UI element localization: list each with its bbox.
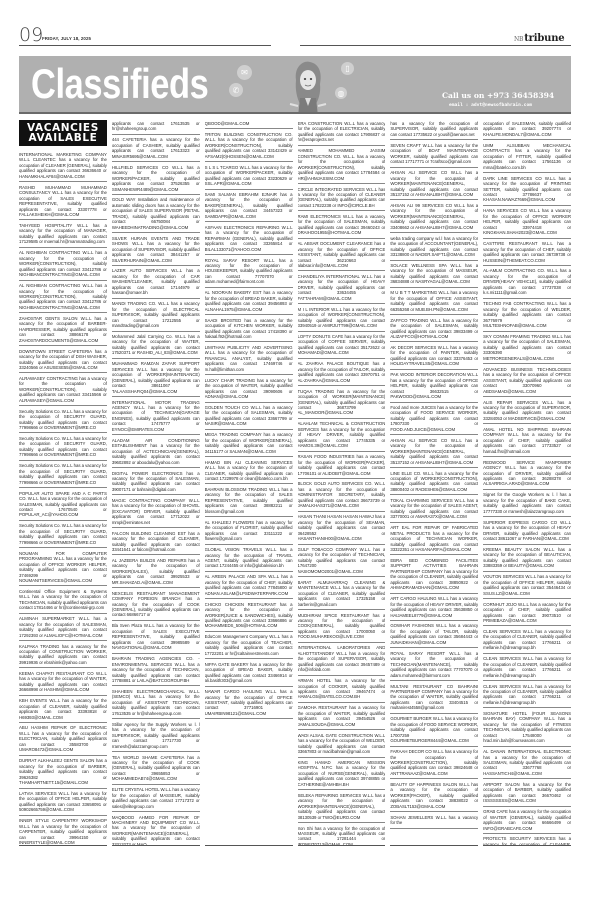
classified-ad: LATVIA SERVICES W.L.L has a vacancy for … — [19, 790, 107, 816]
ad-list: QBOOD@GMAIL.COMTRITON BUILDING CONSTRUCT… — [205, 120, 293, 719]
classified-ad: MEGA TRADING COMPANY has a vacancy for t… — [205, 431, 293, 457]
classified-ad: REDWOOD SERVICE MANPOWER AGENCY W.L.L ha… — [483, 459, 571, 490]
classified-ad: LAZER AUTO SERVICES W.L.L has a vacancy … — [112, 267, 200, 298]
classified-ad: 444 CAFETERIA has a vacancy for the occu… — [112, 136, 200, 162]
classified-ad: CIRCLE INTEGRATED SERVICES W.L.L has a v… — [298, 186, 386, 212]
classified-ad: SAADI BROSTED has a vacancy for the occu… — [205, 317, 293, 343]
classified-ad: CHICKO CHICKEN RESTAURANT has a vacancy … — [205, 601, 293, 632]
classified-ad: GOWHAR FASHIONS W.L.L has a vacancy for … — [390, 622, 478, 648]
logo-text: tribune — [524, 33, 564, 44]
classified-ad: M U B T T MARKETING W.L.L has a vacancy … — [390, 289, 478, 315]
classified-ad: DURRAT ALKHALEEJ GENTS SALON has a vacan… — [19, 757, 107, 788]
classified-ad: INTERNATIONAL LABORATORIES AND ALHOTTSTA… — [298, 644, 386, 675]
classified-ad: Food and more JUICES has a vacancy for t… — [390, 404, 478, 435]
classified-ad: ART EAL FOR REPAIR OF FABRICATED METAL P… — [390, 524, 478, 555]
issue-date: FRIDAY, JULY 18, 2025 — [42, 36, 91, 41]
classified-ad: KALPAKA TRADING has a vacancy for the oc… — [19, 643, 107, 669]
classified-ad: NAWAR CARGO HAULING W.L.L has a vacancy … — [205, 688, 293, 719]
classified-ad: TUQAA TRADING has a vacancy for the occu… — [298, 388, 386, 419]
classified-ad: TECHNO FAB CONTRACTING W.L.L has a vacan… — [483, 300, 571, 331]
classified-ad: ZAFFCO TRADING W.L.L has a vacancy for t… — [390, 317, 478, 343]
classified-ad: SAMI SALMAN EBRAHIM EJNAIR has a vacancy… — [205, 191, 293, 222]
classified-ad: GLOBAL VISION TRAVELS W.L.L has a vacanc… — [205, 546, 293, 572]
globe-icon: ◍ — [335, 87, 347, 99]
classified-ad: weba trading company w.l.l has a vacancy… — [390, 235, 478, 261]
classified-ad: ABU HASHIM REPAIR OF ELECTRONIC W.L.L ha… — [19, 724, 107, 755]
classified-ad: EduCom Management Company W.L.L has a va… — [205, 633, 293, 659]
folio: 09 FRIDAY, JULY 18, 2025 — [19, 26, 271, 46]
classified-ad: ROYAL SARAY RESORT W.L.L has a vacancy f… — [390, 650, 478, 681]
page-number: 09 — [19, 26, 43, 45]
classified-ad: ALADAM AIR CONDITIONING ESTABLISHMENT ha… — [112, 437, 200, 468]
column-5: has a vacancy for the occupation of SUPE… — [390, 120, 478, 846]
classified-ad: CLEAN SERVICES W.L.L has a vacancy for t… — [483, 655, 571, 681]
header-rule-right — [300, 45, 571, 46]
classified-ad: UMM ALSUBBAN MECHANICAL CONTRACTS has a … — [483, 142, 571, 173]
classified-ad: Continental Office Equipment & Systems W… — [19, 588, 107, 614]
classifieds-columns: VACANCIES AVAILABLE INTERNATIONAL MARKET… — [19, 120, 571, 846]
ad-list: has a vacancy for the occupation of SUPE… — [390, 120, 478, 829]
classified-ad: SUPERIOR EXPRESS CARGO CO W.L.L has a va… — [483, 519, 571, 545]
classified-ad: QBOOD@GMAIL.COM — [205, 120, 293, 129]
ad-list: occupation of SALESMAN, suitably qualifi… — [483, 120, 571, 846]
classified-ad: RASHID MUHAMMAD MUHAMMAD CONSULTANCY W.L… — [19, 184, 107, 221]
classified-ad: applicants can contact 17613535 or hr@sh… — [112, 120, 200, 135]
classified-ad: SOHAN JEWELLERS W.L.L has a vacancy for … — [390, 814, 478, 829]
classified-ad: PAK WOOD INTERIOR DECORATION W.L.L has a… — [390, 371, 478, 402]
classified-ad: INTERNATIONAL MARKETING COMPANY W.L.L CL… — [19, 151, 107, 182]
classified-ad: HANA SERVICES CO W.L.L has a vacancy for… — [483, 207, 571, 238]
classified-ad: CORNHUT JOJO W.L.L has a vacancy for the… — [483, 601, 571, 627]
classified-ad: AHSAN ALI SERVICE CO W.L.L has a vacancy… — [390, 169, 478, 200]
classified-ad: INNER STYLE CARPENTRY WORKSHOP W.L.L has… — [19, 817, 107, 846]
classified-ad: Security Solutions Co. W.L.L has a vacan… — [19, 408, 107, 434]
classified-ad: MANDI TRADING CO. W.L.L has a vacancy fo… — [112, 300, 200, 331]
classified-ad: CASTTIRE RESTAURANT W.L.L has a vacancy … — [483, 240, 571, 266]
classified-ad: POPULAR AUTO SPARE AND A C PARTS CO. W.L… — [19, 490, 107, 521]
classified-ad: BAHRAIN TRADING AGENCIES CO. - ENVIRONME… — [112, 655, 200, 686]
mail-icon: ✉ — [237, 65, 252, 80]
classified-ad: ZAHOSTAR GENTS SALON W.L.L has a vacancy… — [19, 315, 107, 346]
classified-ad: ALAHLAM TECHNICAL & CONSTRUCTION SERVICE… — [298, 420, 386, 451]
ad-list: applicants can contact 17613535 or hr@sh… — [112, 120, 200, 846]
classified-ad: BEAUTY OF HAPPINESS SALON W.L.L has a va… — [390, 781, 478, 812]
phone-icon: ✆ — [229, 83, 243, 97]
classified-ad: Bla Sven Plaza W.L.L has a vacancy for t… — [112, 622, 200, 653]
classified-ad: TRITON BUILDING CONSTRUCTION CO. W.L.L h… — [205, 131, 293, 162]
classified-ad: GOLDEN TOUCH CO W.L.L has a vacancy for … — [205, 404, 293, 430]
classified-ad: TEA WORLD SHAME CAFETERIA has a vacancy … — [112, 754, 200, 785]
classified-ad: FALCON BUILDING CLEANING EST has a vacan… — [112, 530, 200, 556]
classified-ad: VOUTON SERVICES W.L.L has a vacancy for … — [483, 573, 571, 599]
classified-ad: AL NIGHIBAN CONTRACTING W.L.L has a vaca… — [19, 282, 107, 313]
classified-ad: Mohammed Jalal Carrying Co. W.L.L has a … — [112, 333, 200, 359]
tribune-logo: NBtribune — [514, 33, 564, 44]
classified-ad: Security Solutions Co. W.L.L has a vacan… — [19, 435, 107, 461]
classified-ad: BARAT ALMUHARRAQ CLEANING & MAINTENANCE … — [298, 579, 386, 610]
classified-ad: INTERNATIONAL MOTOR TRADING AGENCY W.L.L… — [112, 399, 200, 436]
classified-ad: SIGNATURE HOTEL (FOUR SEASONS BAHRAIN BA… — [483, 710, 571, 747]
section-title: Classifieds — [31, 58, 208, 110]
classified-ad: occupation of SALESMAN, suitably qualifi… — [483, 120, 571, 140]
classified-ad: ROYAL SARAY RESORT W.L.L has a vacancy f… — [205, 257, 293, 288]
classified-ad: KREEMA BEAUTY SALON W.L.L has a vacancy … — [483, 546, 571, 572]
classified-ad: NIFFA GATE BAKERY has a vacancy for the … — [205, 661, 293, 687]
logo-mark: NB — [514, 36, 523, 43]
classified-ad: GULF TOBACCO COMPANY W.L.L has a vacancy… — [298, 546, 386, 577]
classified-ad: ALIS REPAIR SERVICES W.L.L has a vacancy… — [483, 399, 571, 425]
classified-ad: AL KHALEEJ FLOWERS has a vacancy for the… — [205, 519, 293, 545]
classified-ad: AL DANAN INTERNATIONAL ELECTRONIC has a … — [483, 748, 571, 779]
classified-ad: AHMED MOHAMMED JASSIM CONSTRUCTION CO. W… — [298, 147, 386, 184]
classified-ad: CHANDELIYA INTERNATIONAL W.L.L has a vac… — [298, 273, 386, 304]
classified-ad: RAMI ELECTRONICS W.L.L has a vacancy for… — [298, 213, 386, 239]
classified-ad: ERA CONSTRUCTION W.L.L has a vacancy for… — [298, 120, 386, 146]
classified-ad: WADI ALSAIL GATE CONSTRUCTION W.L.L has … — [298, 732, 386, 758]
classified-ad: AL ZAHRAA PALACE BOUTIQUE has a vacancy … — [298, 360, 386, 386]
classified-ad: KBH EVENTS W.L.L has a vacancy for the o… — [19, 697, 107, 723]
ad-list: ERA CONSTRUCTION W.L.L has a vacancy for… — [298, 120, 386, 846]
classified-ad: DIGITAL POWER ELECTRONICS has a vacancy … — [112, 470, 200, 496]
classified-ad: ARMAN HOTEL has a vacancy for the occupa… — [298, 677, 386, 703]
classified-ad: S L S L TCARGO W.L.L has a vacancy for t… — [205, 164, 293, 190]
mascot-illustration-icon — [288, 60, 328, 114]
classified-ad: CLEAN SERVICES W.L.L has a vacancy for t… — [483, 683, 571, 709]
classified-ad: ART CARGO HAULING W.L.L has a vacancy fo… — [390, 595, 478, 621]
mobile-icon: ▯ — [341, 62, 354, 75]
classified-ad: MUDHIRAM SPICE RESTAURANT has a vacancy … — [298, 612, 386, 643]
classified-ad: AMAL HOTEL NO SHIPPING BAHRAIN COMPANY W… — [483, 426, 571, 457]
classified-ad: GAMOHA RESTAURANT has a vacancy for the … — [298, 704, 386, 730]
classified-ad: AL ABSAR DOCUMENT CLEARANCE has a vacanc… — [298, 240, 386, 271]
vacancies-available-heading: VACANCIES AVAILABLE — [19, 120, 107, 146]
classified-ad: LOFTY DONUTS CAFE has a vacancy for the … — [298, 333, 386, 359]
classified-ad: HILLFIELD SERVICES CO W.L.L has a vacanc… — [112, 164, 200, 195]
classified-ad: LUCKY CHAIR TRADING has a vacancy for th… — [205, 377, 293, 403]
classified-ad: LIMITHAN PUBLICITY AND ADVERTISING W.L.L… — [205, 344, 293, 375]
column-6: occupation of SALESMAN, suitably qualifi… — [483, 120, 571, 846]
classified-ad: NEXCELIS RESTAURANT MANAGEMENT COMPANY F… — [112, 590, 200, 621]
classified-ad: DOWNTOWN STREET CAFETERIA has a vacancy … — [19, 348, 107, 374]
classified-ad: BLOCK GOLD AUTO SERVICES CO. W.L.L has a… — [298, 480, 386, 511]
classified-ad: AHSAN ALI SERVICE CO W.L.L has a vacancy… — [390, 437, 478, 468]
ad-list: INTERNATIONAL MARKETING COMPANY W.L.L CL… — [19, 151, 107, 846]
call-us-phone: Call us on +973 36458394 — [442, 91, 554, 100]
classified-ad: SELEKA REPAIRING SERVICES W.L.L has a va… — [298, 792, 386, 823]
classified-ad: TAIHYEED HOSPITALITY W.L.L has a vacancy… — [19, 222, 107, 248]
column-1: VACANCIES AVAILABLE INTERNATIONAL MARKET… — [19, 120, 107, 846]
classified-ad: DARK LINE SERVICES CO W.L.L has a vacanc… — [483, 175, 571, 206]
heading-line-2: AVAILABLE — [21, 133, 105, 143]
classified-ad: CLEAN SERVICES W.L.L has a vacancy for t… — [483, 628, 571, 654]
classified-ad: SHAHEEN ELECTROMECHANICAL W.L.L (SEMCO) … — [112, 688, 200, 719]
classified-ad: Security Solutions Co. W.L.L has a vacan… — [19, 462, 107, 488]
classified-ad: AK DECOR SERVICES W.L.L has a vacancy fo… — [390, 344, 478, 370]
classified-ad: MUHAMMAD RAMZAN ZAFAR SUPPORT SERVICES W… — [112, 360, 200, 397]
classified-ad: ASFAAN ELECTRONICS REPAIRING W.L.L has a… — [205, 224, 293, 255]
classified-ad: M I L INTERIOR W.L.L has a vacancy for t… — [298, 306, 386, 332]
classified-ad: Signet for the Google Workers w. l. l ha… — [483, 491, 571, 517]
classified-ad: AL NIGHIBAN CONTRACTING W.L.L has a vaca… — [19, 249, 107, 280]
classified-ad: TOKAL CHARMING SERVICES W.L.L has a vaca… — [390, 497, 478, 523]
classified-ad: EBRA BED COMBINED FACILITIES SUPPORT ACT… — [390, 557, 478, 594]
classified-ad: NOUMAN FOR COMPUTER PROGRAMMING W.L.L ha… — [19, 550, 107, 587]
classified-ad: MAQBOOD AHMED FOR REPAIR OF MACHINERY AN… — [112, 814, 200, 846]
classified-ad: AL JAZEERA BUILDS AND REPAIRS has a vaca… — [112, 557, 200, 588]
classified-ad: ELITE CRYSTAL HOTEL W.L.L has a vacancy … — [112, 786, 200, 812]
classified-ad: SEVEN CRAFT W.L.L has a vacancy for the … — [390, 142, 478, 168]
column-4: ERA CONSTRUCTION W.L.L has a vacancy for… — [298, 120, 386, 846]
classified-ad: KING HAMAD AMERICAN MISSION HOSPITAL N.P… — [298, 759, 386, 790]
classified-ad: Security Solutions Co. W.L.L has a vacan… — [19, 522, 107, 548]
column-3: QBOOD@GMAIL.COMTRITON BUILDING CONSTRUCT… — [205, 120, 293, 846]
classified-ad: HAMAD BIN ALI CLEANING SERVICES W.L.L ha… — [205, 459, 293, 485]
classified-ad: PROTECTS SECURITY SERVICES has a vacancy… — [483, 835, 571, 846]
classified-ad: LINE ELLE CO. W.L.L has a vacancy for th… — [390, 470, 478, 496]
classified-ad: SOLACE WELLNESS SPA W.L.L has a vacancy … — [390, 262, 478, 288]
classified-ad: AL AREEN PALACE AND SPA W.L.L has a vaca… — [205, 573, 293, 599]
classified-ad: KEEMA CHAPATI RESTAURANT CO W.L.L has a … — [19, 670, 107, 696]
classified-ad: AL NOORAIN BAKERY EST has a vacancy for … — [205, 289, 293, 315]
classified-ad: SKY CONNN FRAMING TRADING W.L.L has a va… — [483, 333, 571, 364]
classified-ad: ADVANCED BUSINESS TECHNOLOGIES has a vac… — [483, 366, 571, 397]
classified-ad: MAGIC CONTRACTING COMPANY W.L.L has a va… — [112, 497, 200, 528]
classified-ad: AIRPORT SALON has a vacancy for the occu… — [483, 781, 571, 807]
classified-ad: has a vacancy for the occupation of SUPE… — [390, 120, 478, 140]
classified-ad: SILVER HURAIN EVENTS AND TRADE SHOWS W.L… — [112, 235, 200, 266]
classified-ad: HASAN THANI HASAN HASAN HAWAJ has a vaca… — [298, 513, 386, 544]
classified-ad: FARAAH DECOR CO W.L.L has a vacancy for … — [390, 748, 478, 779]
classifieds-banner: Classifieds ✉ ✆ ▯ ◍ Call us on +973 3645… — [19, 56, 571, 114]
classified-ad: MULTANI RESTAURANT CO BAHRAINI PARTNERSH… — [390, 683, 478, 714]
classified-ad: ALMINAH SUPERMARKET W.L.L has a vacancy … — [19, 615, 107, 641]
classified-ad: Stillar Agency for the Supply Workers w.… — [112, 721, 200, 752]
advert-email: email : advt@newsofbahrain.com — [449, 103, 532, 108]
classified-ad: Iron Shi has a vacancy for the occupatio… — [298, 825, 386, 846]
classified-ad: GOURMET BURGER W.L.L has a vacancy for t… — [390, 715, 478, 746]
header-rule-left — [19, 45, 271, 46]
classified-ad: ALRAWASEY CONTRACTING has a vacancy for … — [19, 375, 107, 406]
classified-ad: RASAN FOOD INDUSTRIES has a vacancy for … — [298, 453, 386, 479]
classified-ad: GOLD WAY Installation and maintenance of… — [112, 196, 200, 233]
classified-ad: GRAB CAFE has a vacancy for the occupati… — [483, 808, 571, 834]
classified-ad: BAHRAIN BLOSSOM TRADING W.L.L has a vaca… — [205, 486, 293, 517]
classified-ad: AL-AMLM CONTRACTING CO. W.L.L has a vaca… — [483, 267, 571, 298]
classified-ad: AHSAN ALI 99 SERVICES CO W.L.L has a vac… — [390, 202, 478, 233]
column-2: applicants can contact 17613535 or hr@sh… — [112, 120, 200, 846]
